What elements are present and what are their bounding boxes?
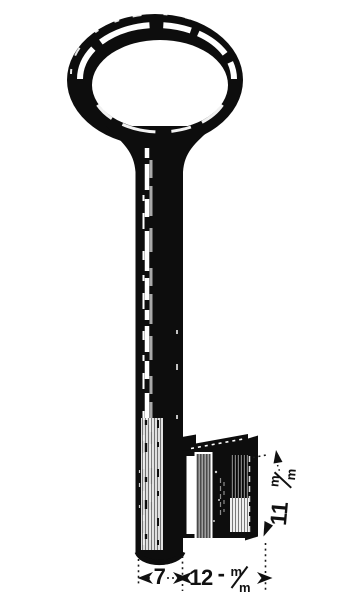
key-technical-figure: 7 12 - m m 11 m m bbox=[0, 0, 363, 600]
dim-bit-width-value: 12 bbox=[189, 565, 213, 590]
bit-highlight-strip bbox=[196, 453, 212, 539]
dim-shaft-width-value: 7 bbox=[154, 564, 166, 589]
dim-bit-width-unit-denominator: m bbox=[239, 580, 250, 595]
bit-white-gap bbox=[187, 456, 195, 534]
key-bit bbox=[182, 434, 258, 541]
dim-bit-width-separator: - bbox=[218, 561, 225, 586]
dim-bit-height-value: 11 bbox=[265, 500, 293, 526]
bit-hatch-lower bbox=[230, 498, 249, 532]
arrow-left-icon bbox=[138, 572, 154, 584]
dim-bit-width: 12 - m m bbox=[177, 561, 273, 595]
dim-bit-height: 11 m m bbox=[263, 450, 299, 537]
key-neck bbox=[106, 126, 214, 205]
illustration-canvas: 7 12 - m m 11 m m bbox=[0, 0, 363, 600]
dim-bit-height-unit-denominator: m bbox=[283, 469, 299, 481]
bit-hatch-upper bbox=[231, 455, 248, 500]
key-illustration bbox=[67, 14, 258, 565]
arrow-up-icon bbox=[274, 450, 283, 464]
key-bow-hole bbox=[92, 40, 228, 130]
